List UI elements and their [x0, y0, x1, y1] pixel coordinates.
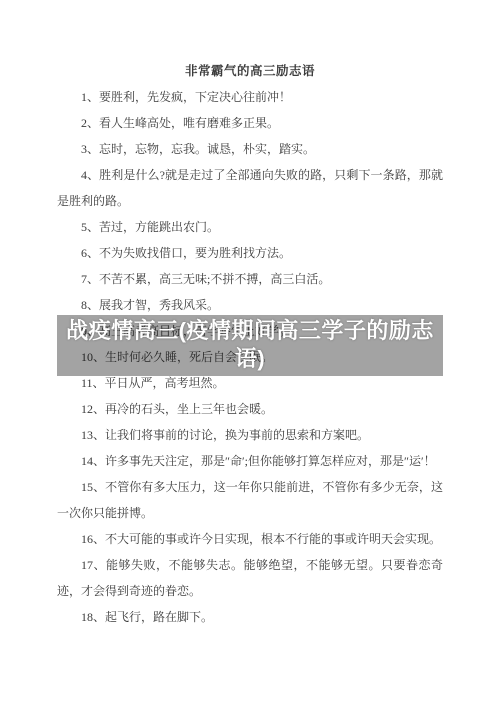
overlay-title-line-1: 战疫情高三(疫情期间高三学子的励志 — [66, 318, 434, 343]
quote-item-13: 13、让我们将事前的讨论，换为事前的思索和方案吧。 — [57, 422, 443, 448]
quote-item-17: 17、能够失败，不能够失志。能够绝望，不能够无望。只要眷恋奇迹，才会得到奇迹的眷… — [57, 552, 443, 604]
quote-item-7: 7、不苦不累，高三无味;不拼不搏，高三白活。 — [57, 266, 443, 292]
quote-item-18: 18、起飞行，路在脚下。 — [57, 604, 443, 630]
quote-item-14: 14、许多事先天注定，那是″命′;但你能够打算怎样应对，那是″运′！ — [57, 448, 443, 474]
quote-item-15: 15、不管你有多大压力，这一年你只能前进，不管你有多少无奈，这一次你只能拼博。 — [57, 474, 443, 526]
overlay-title: 战疫情高三(疫情期间高三学子的励志 语) — [57, 315, 443, 376]
quote-item-12: 12、再冷的石头，坐上三年也会暖。 — [57, 396, 443, 422]
document-title: 非常霸气的高三励志语 — [57, 58, 443, 84]
quote-item-2: 2、看人生峰高处，唯有磨难多正果。 — [57, 110, 443, 136]
document-page: 非常霸气的高三励志语 1、要胜利，先发疯，下定决心往前冲！ 2、看人生峰高处，唯… — [0, 0, 500, 706]
quote-item-1: 1、要胜利，先发疯，下定决心往前冲！ — [57, 84, 443, 110]
quote-item-5: 5、苦过，方能跳出农门。 — [57, 214, 443, 240]
quote-item-3: 3、忘时，忘物，忘我。诚恳，朴实，踏实。 — [57, 136, 443, 162]
quote-item-6: 6、不为失败找借口，要为胜利找方法。 — [57, 240, 443, 266]
quote-item-4: 4、胜利是什么?就是走过了全部通向失败的路，只剩下一条路，那就是胜利的路。 — [57, 162, 443, 214]
overlay-banner: 战疫情高三(疫情期间高三学子的励志 语) — [57, 315, 443, 376]
overlay-title-line-2: 语) — [235, 346, 265, 371]
quote-item-16: 16、不大可能的事或许今日实现，根本不行能的事或许明天会实现。 — [57, 526, 443, 552]
